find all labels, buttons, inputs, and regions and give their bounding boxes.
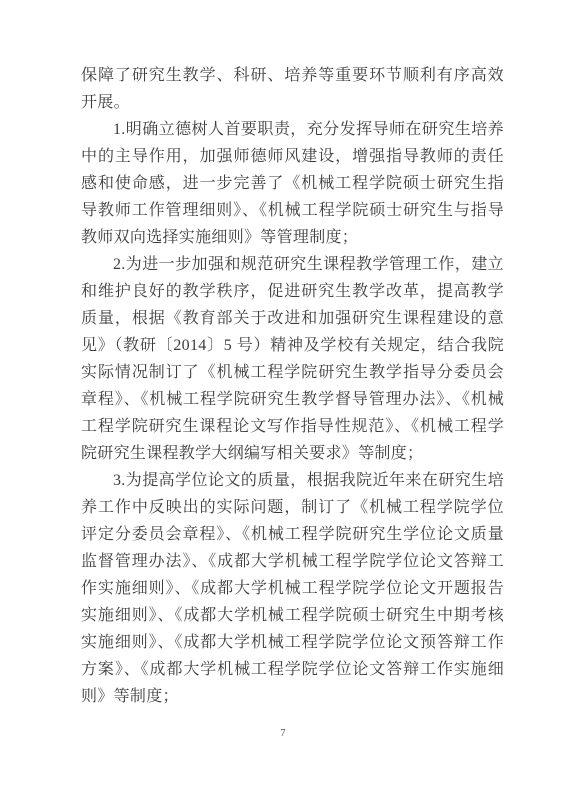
paragraph-item-1: 1.明确立德树人首要职责，充分发挥导师在研究生培养中的主导作用，加强师德师风建设… [81,116,504,251]
paragraph-continuation: 保障了研究生教学、科研、培养等重要环节顺利有序高效开展。 [81,62,504,116]
document-body: 保障了研究生教学、科研、培养等重要环节顺利有序高效开展。 1.明确立德树人首要职… [81,62,504,710]
page-number: 7 [0,727,566,741]
paragraph-item-3: 3.为提高学位论文的质量，根据我院近年来在研究生培养工作中反映出的实际问题，制订… [81,467,504,710]
paragraph-item-2: 2.为进一步加强和规范研究生课程教学管理工作，建立和维护良好的教学秩序，促进研究… [81,251,504,467]
document-page: 保障了研究生教学、科研、培养等重要环节顺利有序高效开展。 1.明确立德树人首要职… [0,0,566,800]
